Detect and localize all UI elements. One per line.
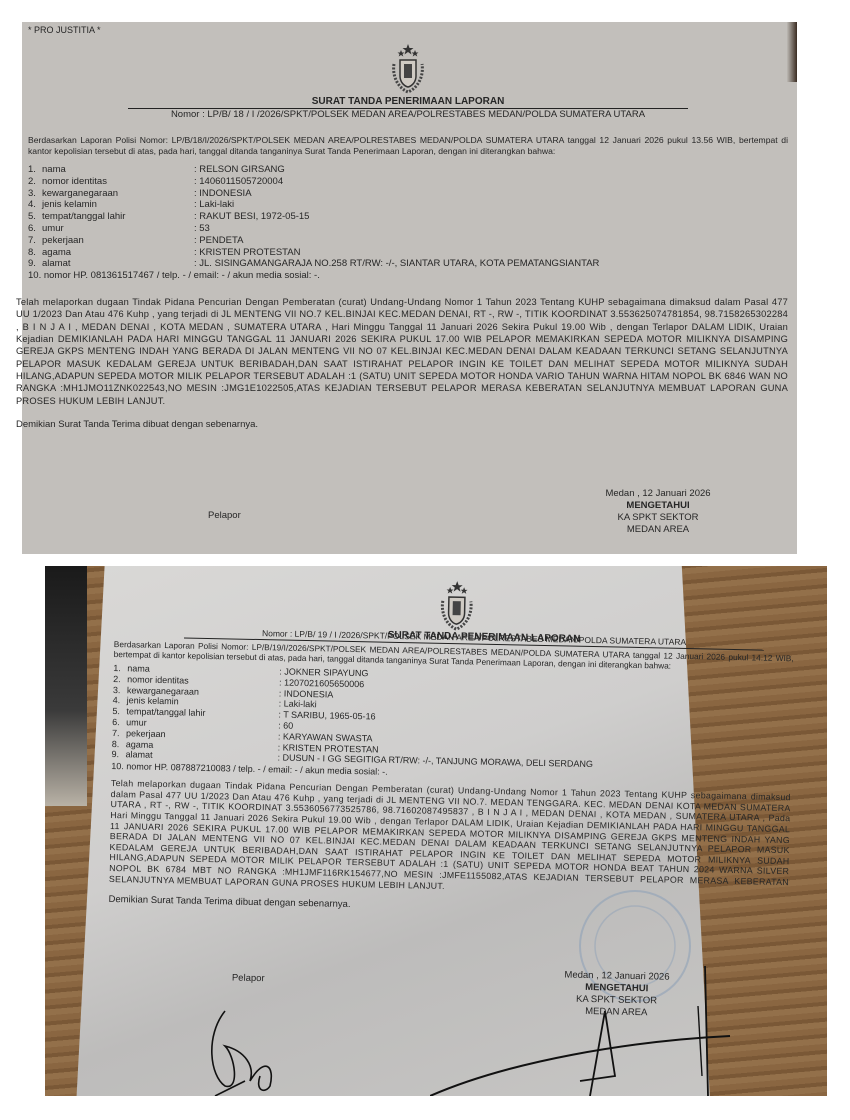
intro-paragraph: Berdasarkan Laporan Polisi Nomor: LP/B/1… (28, 135, 788, 156)
document-number: Nomor : LP/B/ 18 / I /2026/SPKT/POLSEK M… (128, 108, 688, 121)
reporter-signature-label: Pelapor (232, 973, 265, 986)
field-num: 5. (28, 211, 42, 223)
field-num: 4. (113, 695, 127, 706)
field-value: : Laki-laki (279, 699, 317, 711)
field-label: nomor identitas (42, 176, 194, 188)
field-row: 5.tempat/tanggal lahir: RAKUT BESI, 1972… (28, 211, 788, 223)
field-num: 2. (113, 674, 127, 685)
field-value: : KRISTEN PROTESTAN (194, 247, 300, 259)
field-num: 9. (28, 258, 42, 270)
field-value: : 60 (278, 720, 293, 731)
field-row: 1.nama: RELSON GIRSANG (28, 164, 788, 176)
reporter-fields: 1.nama: RELSON GIRSANG2.nomor identitas:… (28, 164, 788, 270)
photo-shadow-left (45, 566, 87, 806)
photo-edge-shadow (787, 22, 797, 82)
field-value: : 1406011505720004 (194, 176, 283, 188)
officer-signature-block: Medan , 12 Januari 2026 MENGETAHUI KA SP… (583, 488, 733, 536)
officer-signature-block: Medan , 12 Januari 2026 MENGETAHUI KA SP… (546, 969, 687, 1020)
field-num: 7. (112, 728, 126, 739)
document-title: SURAT TANDA PENERIMAAN LAPORAN (28, 96, 788, 108)
field-label: pekerjaan (42, 235, 194, 247)
field-num: 6. (28, 223, 42, 235)
police-emblem-icon (434, 579, 479, 632)
field-row: 2.nomor identitas: 1406011505720004 (28, 176, 788, 188)
closing-statement: Demikian Surat Tanda Terima dibuat denga… (16, 419, 788, 431)
field-label: agama (42, 247, 194, 259)
field-value: : JL. SISINGAMANGARAJA NO.258 RT/RW: -/-… (194, 258, 599, 270)
pro-justitia-label: * PRO JUSTITIA * (28, 24, 788, 36)
field-num: 9. (111, 749, 125, 760)
police-report-receipt-2: SURAT TANDA PENERIMAAN LAPORAN Nomor : L… (108, 590, 794, 920)
field-num: 1. (113, 663, 127, 674)
contact-line: 10. nomor HP. 081361517467 / telp. - / e… (28, 270, 788, 282)
field-row: 6.umur: 53 (28, 223, 788, 235)
field-num: 6. (112, 717, 126, 728)
field-value: : PENDETA (194, 235, 243, 247)
police-report-receipt-1: * PRO JUSTITIA * SURAT TANDA PENERIMAAN … (28, 28, 788, 431)
reporter-signature-mark (195, 1006, 295, 1096)
field-num: 3. (113, 685, 127, 696)
incident-narrative: Telah melaporkan dugaan Tindak Pidana Pe… (109, 778, 791, 898)
field-num: 8. (112, 739, 126, 750)
field-num: 7. (28, 235, 42, 247)
reporter-fields: 1.nama: JOKNER SIPAYUNG2.nomor identitas… (111, 663, 793, 774)
field-row: 3.kewarganegaraan: INDONESIA (28, 188, 788, 200)
field-label: jenis kelamin (42, 199, 194, 211)
field-row: 7.pekerjaan: PENDETA (28, 235, 788, 247)
field-num: 1. (28, 164, 42, 176)
field-num: 4. (28, 199, 42, 211)
place-date: Medan , 12 Januari 2026 (583, 488, 733, 500)
field-value: : RELSON GIRSANG (194, 164, 285, 176)
acknowledged-label: MENGETAHUI (583, 500, 733, 512)
reporter-signature-label: Pelapor (208, 510, 241, 522)
field-value: : Laki-laki (194, 199, 234, 211)
field-row: 8.agama: KRISTEN PROTESTAN (28, 247, 788, 259)
incident-narrative: Telah melaporkan dugaan Tindak Pidana Pe… (16, 296, 788, 407)
field-value: : RAKUT BESI, 1972-05-15 (194, 211, 309, 223)
field-value: : 53 (194, 223, 210, 235)
police-emblem-icon (386, 42, 430, 94)
field-label: alamat (42, 258, 194, 270)
field-num: 8. (28, 247, 42, 259)
field-num: 3. (28, 188, 42, 200)
field-row: 4.jenis kelamin: Laki-laki (28, 199, 788, 211)
officer-title-line1: KA SPKT SEKTOR (583, 512, 733, 524)
field-num: 2. (28, 176, 42, 188)
field-label: nama (42, 164, 194, 176)
field-num: 5. (112, 706, 126, 717)
field-label: kewarganegaraan (42, 188, 194, 200)
officer-title-line2: MEDAN AREA (583, 524, 733, 536)
field-label: tempat/tanggal lahir (42, 211, 194, 223)
field-row: 9.alamat: JL. SISINGAMANGARAJA NO.258 RT… (28, 258, 788, 270)
field-value: : INDONESIA (194, 188, 252, 200)
field-label: umur (42, 223, 194, 235)
